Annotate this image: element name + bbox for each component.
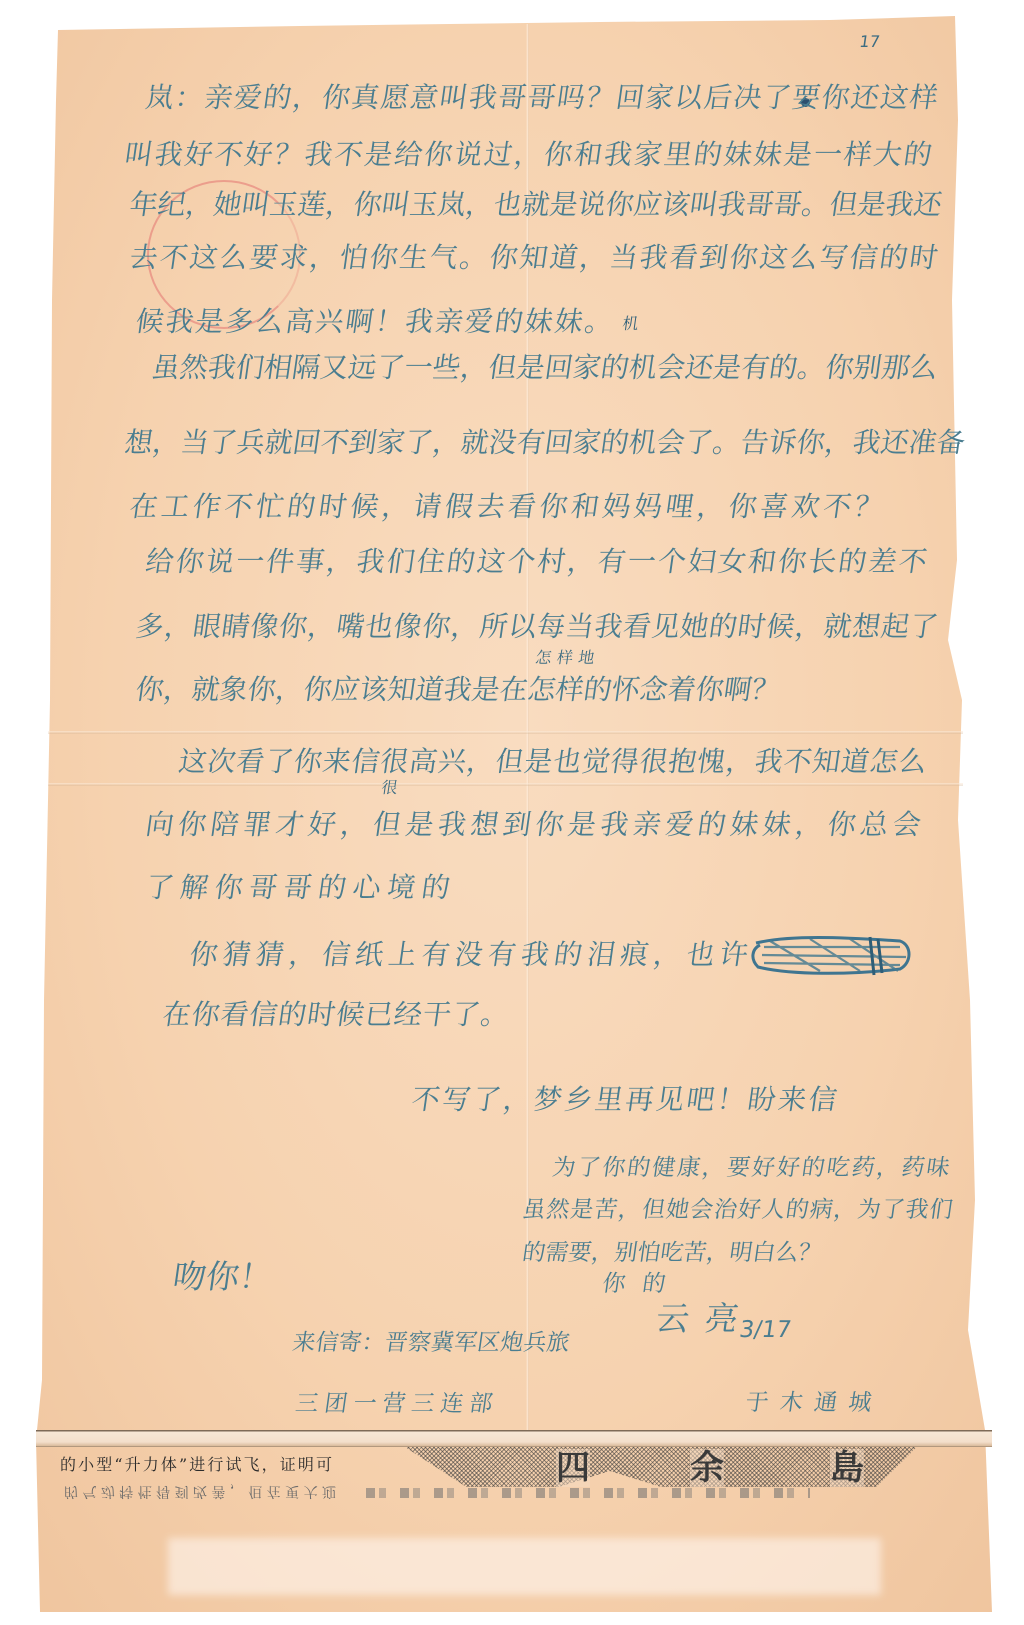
newspaper-headline-char: 島 (830, 1449, 864, 1487)
letter-line: 想，当了兵就回不到家了，就没有回家的机会了。告诉你，我还准备 (122, 423, 935, 463)
newspaper-text-line: 的小型“升力体”进行试飞，证明可 (60, 1456, 332, 1474)
letter-line: 你，就象你，你应该知道我是在怎样的怀念着你啊？ (133, 670, 762, 710)
paper-fold-edge (36, 1430, 992, 1447)
signoff: 你的 (600, 1266, 668, 1302)
letter-line: 年纪，她叫玉莲，你叫玉岚，也就是说你应该叫我哥哥。但是我还 (127, 185, 924, 225)
letter-line: 在你看信的时候已经干了。 (160, 995, 512, 1035)
newspaper-headline-char: 四 (556, 1449, 590, 1487)
letter-line: 在工作不忙的时候，请假去看你和妈妈哩，你喜欢不？ (127, 487, 886, 527)
letter-line: 叫我好不好？我不是给你说过，你和我家里的妹妹是一样大的 (122, 135, 935, 175)
letter-line: 你猜猜，信纸上有没有我的泪痕，也许 (187, 935, 751, 975)
letter-line: 岚：亲爱的，你真愿意叫我哥哥吗？回家以后决了要你还这样 (143, 78, 941, 118)
horizontal-fold-crease (48, 731, 963, 734)
letter-line: 这次看了你来信很高兴，但是也觉得很抱愧，我不知道怎么 (176, 742, 930, 782)
inserted-correction: 怎样地 (534, 648, 596, 668)
faded-paper-patch (168, 1538, 881, 1595)
closing-line: 不写了，梦乡里再见吧！盼来信 (409, 1080, 840, 1120)
letter-line: 多，眼睛像你，嘴也像你，所以每当我看见她的时候，就想起了 (133, 607, 941, 647)
letter-line: 虽然我们相隔又远了一些，但是回家的机会还是有的。你别那么 (149, 348, 941, 388)
postscript-line: 为了你的健康，要好好的吃药，药味 (550, 1150, 952, 1186)
place-written: 于木通城 (743, 1385, 874, 1421)
letter-line: 向你陪罪才好，但是我想到你是我亲爱的妹妹，你总会 (143, 805, 924, 845)
crossed-out-scribble (750, 933, 913, 977)
letter-line: 候我是多么高兴啊！我亲爱的妹妹。 (133, 302, 616, 342)
newspaper-inverted-line: 的气动特性得到改善，但在更大迎 (64, 1482, 336, 1500)
horizontal-fold-crease (48, 783, 963, 786)
inserted-correction: 机 (621, 314, 644, 334)
signature: 云亮 (653, 1296, 741, 1342)
return-address-line: 三团一营三连部 (293, 1386, 495, 1422)
letter-line: 给你说一件事，我们住的这个村，有一个妇女和你长的差不 (143, 542, 930, 582)
page-number: 17 (858, 32, 895, 52)
letter-date: 3/17 (737, 1312, 797, 1348)
inserted-correction: 很 (380, 778, 403, 798)
kiss-closing: 吻你！ (170, 1254, 273, 1300)
newspaper-headline-char: 余 (690, 1449, 724, 1487)
letter-line: 去不这么要求，怕你生气。你知道，当我看到你这么写信的时 (127, 238, 941, 278)
return-address-line: 来信寄：晋察冀军区炮兵旅 (290, 1325, 572, 1361)
newspaper-inverted-caption (366, 1488, 810, 1498)
letter-line: 了解你哥哥的心境的 (143, 868, 453, 908)
postscript-line: 虽然是苦，但她会治好人的病，为了我们 (520, 1192, 955, 1228)
